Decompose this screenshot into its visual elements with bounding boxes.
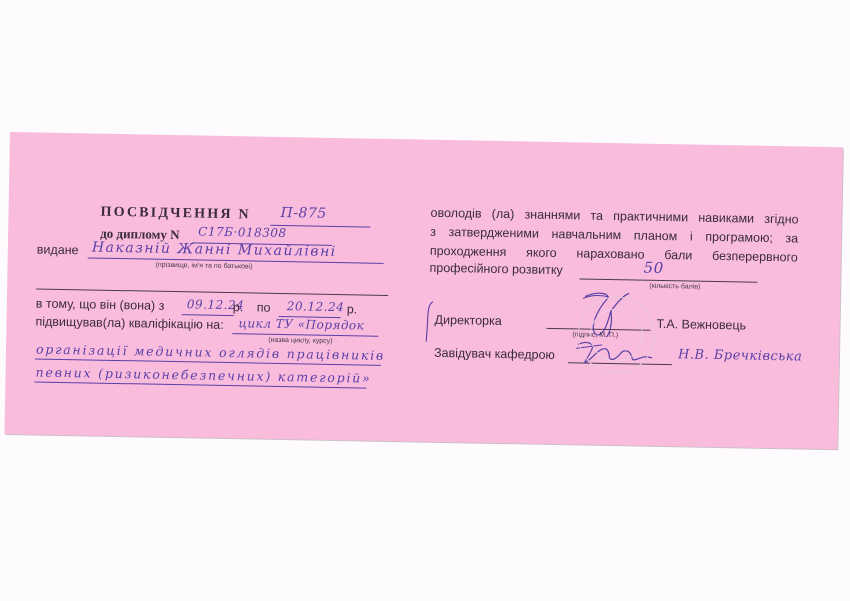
head-name: Н.В. Бречківська — [678, 347, 803, 364]
stamp-icon — [574, 292, 660, 378]
points-value: 50 — [643, 259, 663, 277]
date-from-line — [182, 314, 234, 316]
period-to: по — [257, 301, 271, 315]
director-label: Директорка — [435, 313, 502, 328]
margin-stroke-icon — [424, 300, 435, 344]
course-line-1-rule — [232, 333, 378, 337]
points-label: професійного розвитку — [429, 261, 562, 277]
holder-name-hint: (прізвище, ім'я та по батькові) — [156, 262, 253, 271]
course-line-1: цикл ТУ «Порядок — [238, 316, 364, 332]
blank-line — [36, 289, 388, 296]
period-r1: р. — [233, 300, 244, 314]
certificate-title: ПОСВІДЧЕННЯ N — [100, 205, 250, 224]
points-hint: (кількість балів) — [649, 283, 700, 291]
date-to: 20.12.24 — [287, 299, 345, 314]
director-name: Т.А. Вежновець — [656, 317, 746, 333]
diploma-number: С17Б·018308 — [198, 224, 287, 240]
certificate-card: ПОСВІДЧЕННЯ N П-875 до диплому N С17Б·01… — [4, 132, 842, 449]
qualification-label: підвищував(ла) кваліфікацію на: — [35, 315, 223, 332]
certificate-number: П-875 — [280, 205, 326, 222]
course-hint: (назва циклу, курсу) — [268, 337, 332, 345]
head-label: Завідувач кафедрою — [434, 346, 555, 362]
period-r2: р. — [347, 302, 358, 316]
period-label: в тому, що він (вона) з — [36, 297, 165, 313]
issued-label: видане — [37, 243, 79, 258]
achievement-paragraph: оволодів (ла) знаннями та практичними на… — [430, 204, 799, 268]
holder-name: Наказній Жанні Михайлівні — [92, 240, 337, 260]
points-line — [579, 278, 757, 282]
